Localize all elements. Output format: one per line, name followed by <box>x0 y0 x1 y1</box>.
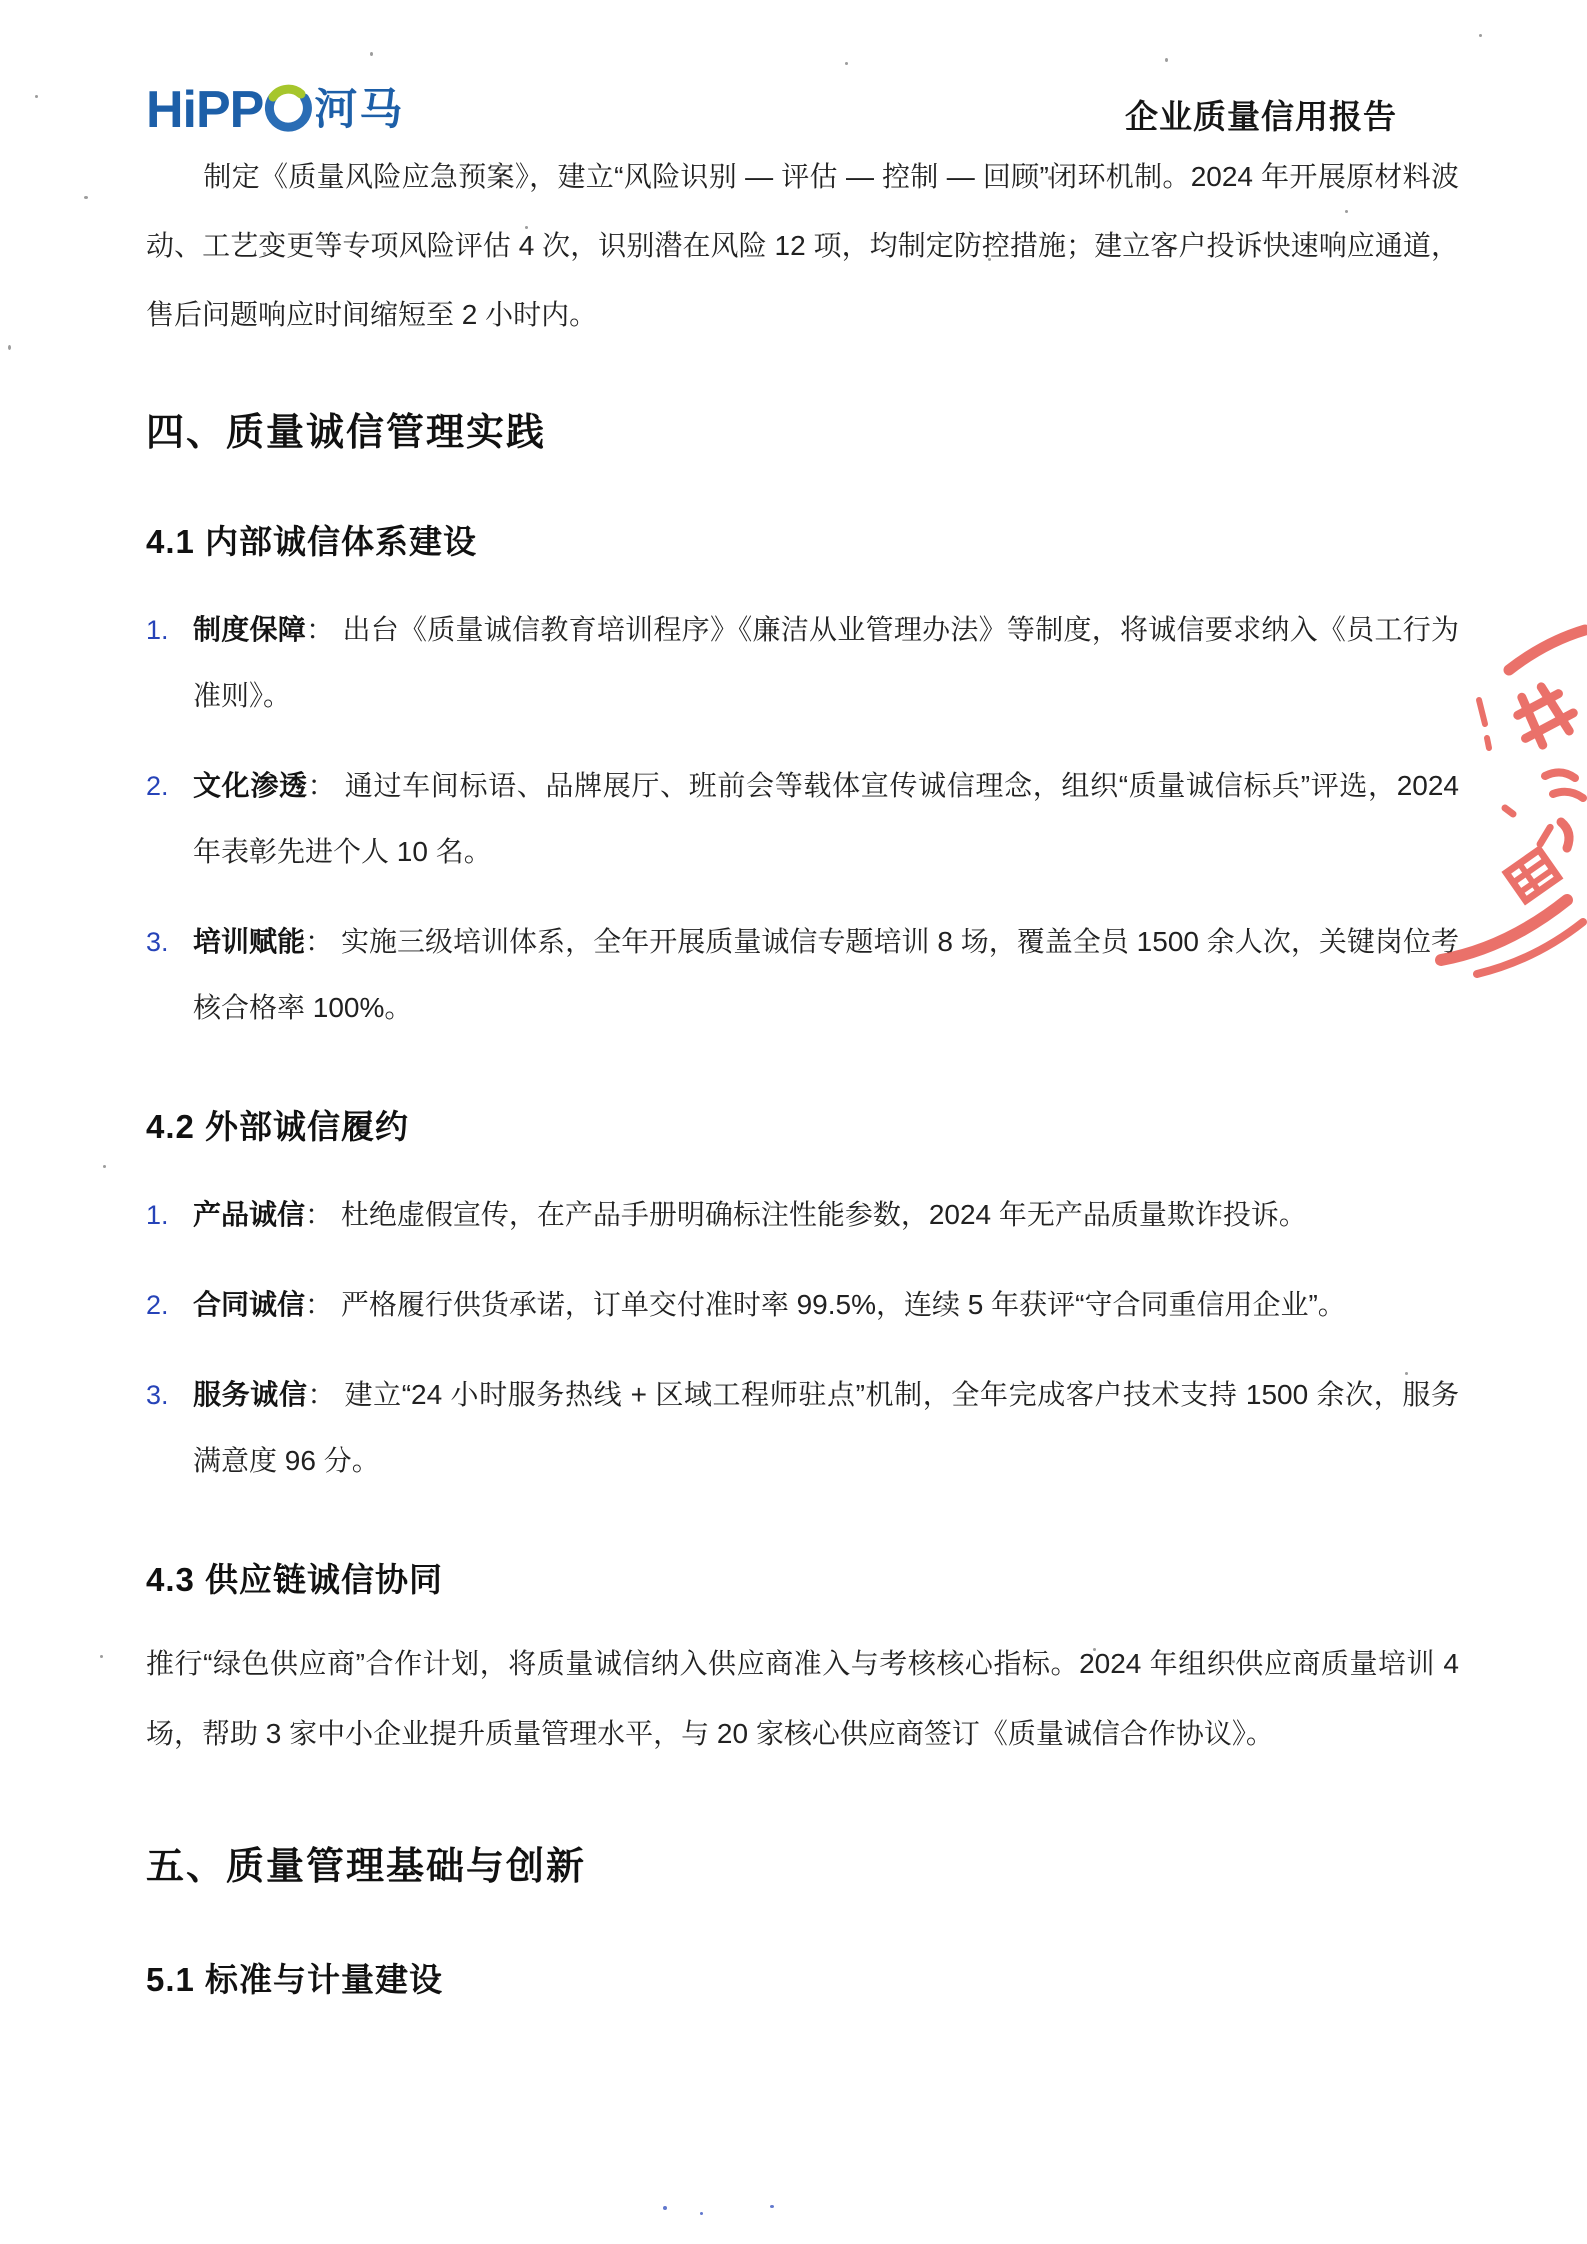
list-item: 2. 文化渗透： 通过车间标语、品牌展厅、班前会等载体宣传诚信理念，组织“质量诚… <box>146 753 1459 885</box>
scan-noise <box>988 258 991 261</box>
logo-text-cn: 河马 <box>314 89 404 132</box>
list-item: 1. 产品诚信： 杜绝虚假宣传，在产品手册明确标注性能参数，2024 年无产品质… <box>146 1182 1459 1248</box>
list-item-label: 制度保障 <box>193 614 306 645</box>
document-page: HiPP 河马 企业质量信用报告 制定《质量风险应急预案》，建立“风险识别 — … <box>0 0 1587 2244</box>
list-item-separator: ： <box>305 1199 333 1230</box>
page-header: HiPP 河马 企业质量信用报告 <box>146 52 1459 138</box>
scan-noise <box>8 345 11 350</box>
scan-noise <box>263 252 266 255</box>
list-item-separator: ： <box>308 770 337 801</box>
section-5-heading: 五、质量管理基础与创新 <box>146 1835 1459 1890</box>
list-item-text: 杜绝虚假宣传，在产品手册明确标注性能参数，2024 年无产品质量欺诈投诉。 <box>341 1199 1307 1230</box>
section-4-2-list: 1. 产品诚信： 杜绝虚假宣传，在产品手册明确标注性能参数，2024 年无产品质… <box>146 1182 1459 1494</box>
scan-noise <box>770 2205 774 2208</box>
list-item-label: 合同诚信 <box>193 1289 305 1320</box>
list-item-separator: ： <box>305 1289 333 1320</box>
list-item-separator: ： <box>307 1379 336 1410</box>
section-4-3-heading: 4.3 供应链诚信协同 <box>146 1554 1459 1601</box>
scan-noise <box>1165 58 1168 62</box>
list-item-separator: ： <box>306 614 334 645</box>
section-5-1-heading: 5.1 标准与计量建设 <box>146 1954 1459 2001</box>
list-item: 3. 培训赋能： 实施三级培训体系，全年开展质量诚信专题培训 8 场，覆盖全员 … <box>146 909 1459 1041</box>
scan-noise <box>845 62 848 65</box>
list-item-label: 产品诚信 <box>193 1199 305 1230</box>
section-4-heading: 四、质量诚信管理实践 <box>146 401 1459 456</box>
list-item-number: 2. <box>146 753 193 885</box>
scan-noise <box>700 2212 703 2215</box>
scan-noise <box>668 230 671 234</box>
scan-noise <box>103 1165 106 1168</box>
hippo-o-swoosh-icon <box>264 82 312 138</box>
scan-noise <box>370 52 373 56</box>
list-item-text: 建立“24 小时服务热线 + 区域工程师驻点”机制，全年完成客户技术支持 150… <box>193 1379 1459 1476</box>
list-item: 1. 制度保障： 出台《质量诚信教育培训程序》《廉洁从业管理办法》等制度，将诚信… <box>146 597 1459 729</box>
report-title: 企业质量信用报告 <box>1125 91 1397 138</box>
section-4-1-heading: 4.1 内部诚信体系建设 <box>146 516 1459 563</box>
list-item-label: 服务诚信 <box>193 1379 307 1410</box>
scan-noise <box>100 1655 103 1658</box>
intro-paragraph: 制定《质量风险应急预案》，建立“风险识别 — 评估 — 控制 — 回顾”闭环机制… <box>146 142 1459 349</box>
scan-noise <box>1405 1372 1408 1375</box>
section-4-1-list: 1. 制度保障： 出台《质量诚信教育培训程序》《廉洁从业管理办法》等制度，将诚信… <box>146 597 1459 1041</box>
list-item-separator: ： <box>305 926 333 957</box>
scan-noise <box>1048 176 1052 180</box>
list-item: 3. 服务诚信： 建立“24 小时服务热线 + 区域工程师驻点”机制，全年完成客… <box>146 1362 1459 1494</box>
list-item-text: 严格履行供货承诺，订单交付准时率 99.5%，连续 5 年获评“守合同重信用企业… <box>341 1289 1346 1320</box>
scan-noise <box>35 95 38 98</box>
list-item-text: 实施三级培训体系，全年开展质量诚信专题培训 8 场，覆盖全员 1500 余人次，… <box>193 926 1459 1023</box>
scan-noise <box>1093 1648 1096 1651</box>
scan-noise <box>1232 1660 1235 1663</box>
list-item: 2. 合同诚信： 严格履行供货承诺，订单交付准时率 99.5%，连续 5 年获评… <box>146 1272 1459 1338</box>
scan-noise <box>84 196 88 199</box>
list-item-number: 2. <box>146 1272 193 1338</box>
scan-noise <box>1479 34 1482 37</box>
section-4-3-paragraph: 推行“绿色供应商”合作计划，将质量诚信纳入供应商准入与考核核心指标。2024 年… <box>146 1629 1459 1769</box>
scan-noise <box>663 2206 667 2210</box>
list-item-number: 3. <box>146 1362 193 1494</box>
scan-noise <box>1345 210 1348 213</box>
hippo-logo: HiPP 河马 <box>146 82 404 138</box>
list-item-number: 1. <box>146 597 193 729</box>
list-item-text: 通过车间标语、品牌展厅、班前会等载体宣传诚信理念，组织“质量诚信标兵”评选，20… <box>193 770 1459 867</box>
list-item-label: 文化渗透 <box>193 770 308 801</box>
list-item-label: 培训赋能 <box>193 926 305 957</box>
list-item-text: 出台《质量诚信教育培训程序》《廉洁从业管理办法》等制度，将诚信要求纳入《员工行为… <box>193 614 1459 711</box>
list-item-number: 3. <box>146 909 193 1041</box>
logo-text-en: HiPP <box>146 84 263 136</box>
scan-noise <box>525 226 528 229</box>
list-item-number: 1. <box>146 1182 193 1248</box>
section-4-2-heading: 4.2 外部诚信履约 <box>146 1101 1459 1148</box>
